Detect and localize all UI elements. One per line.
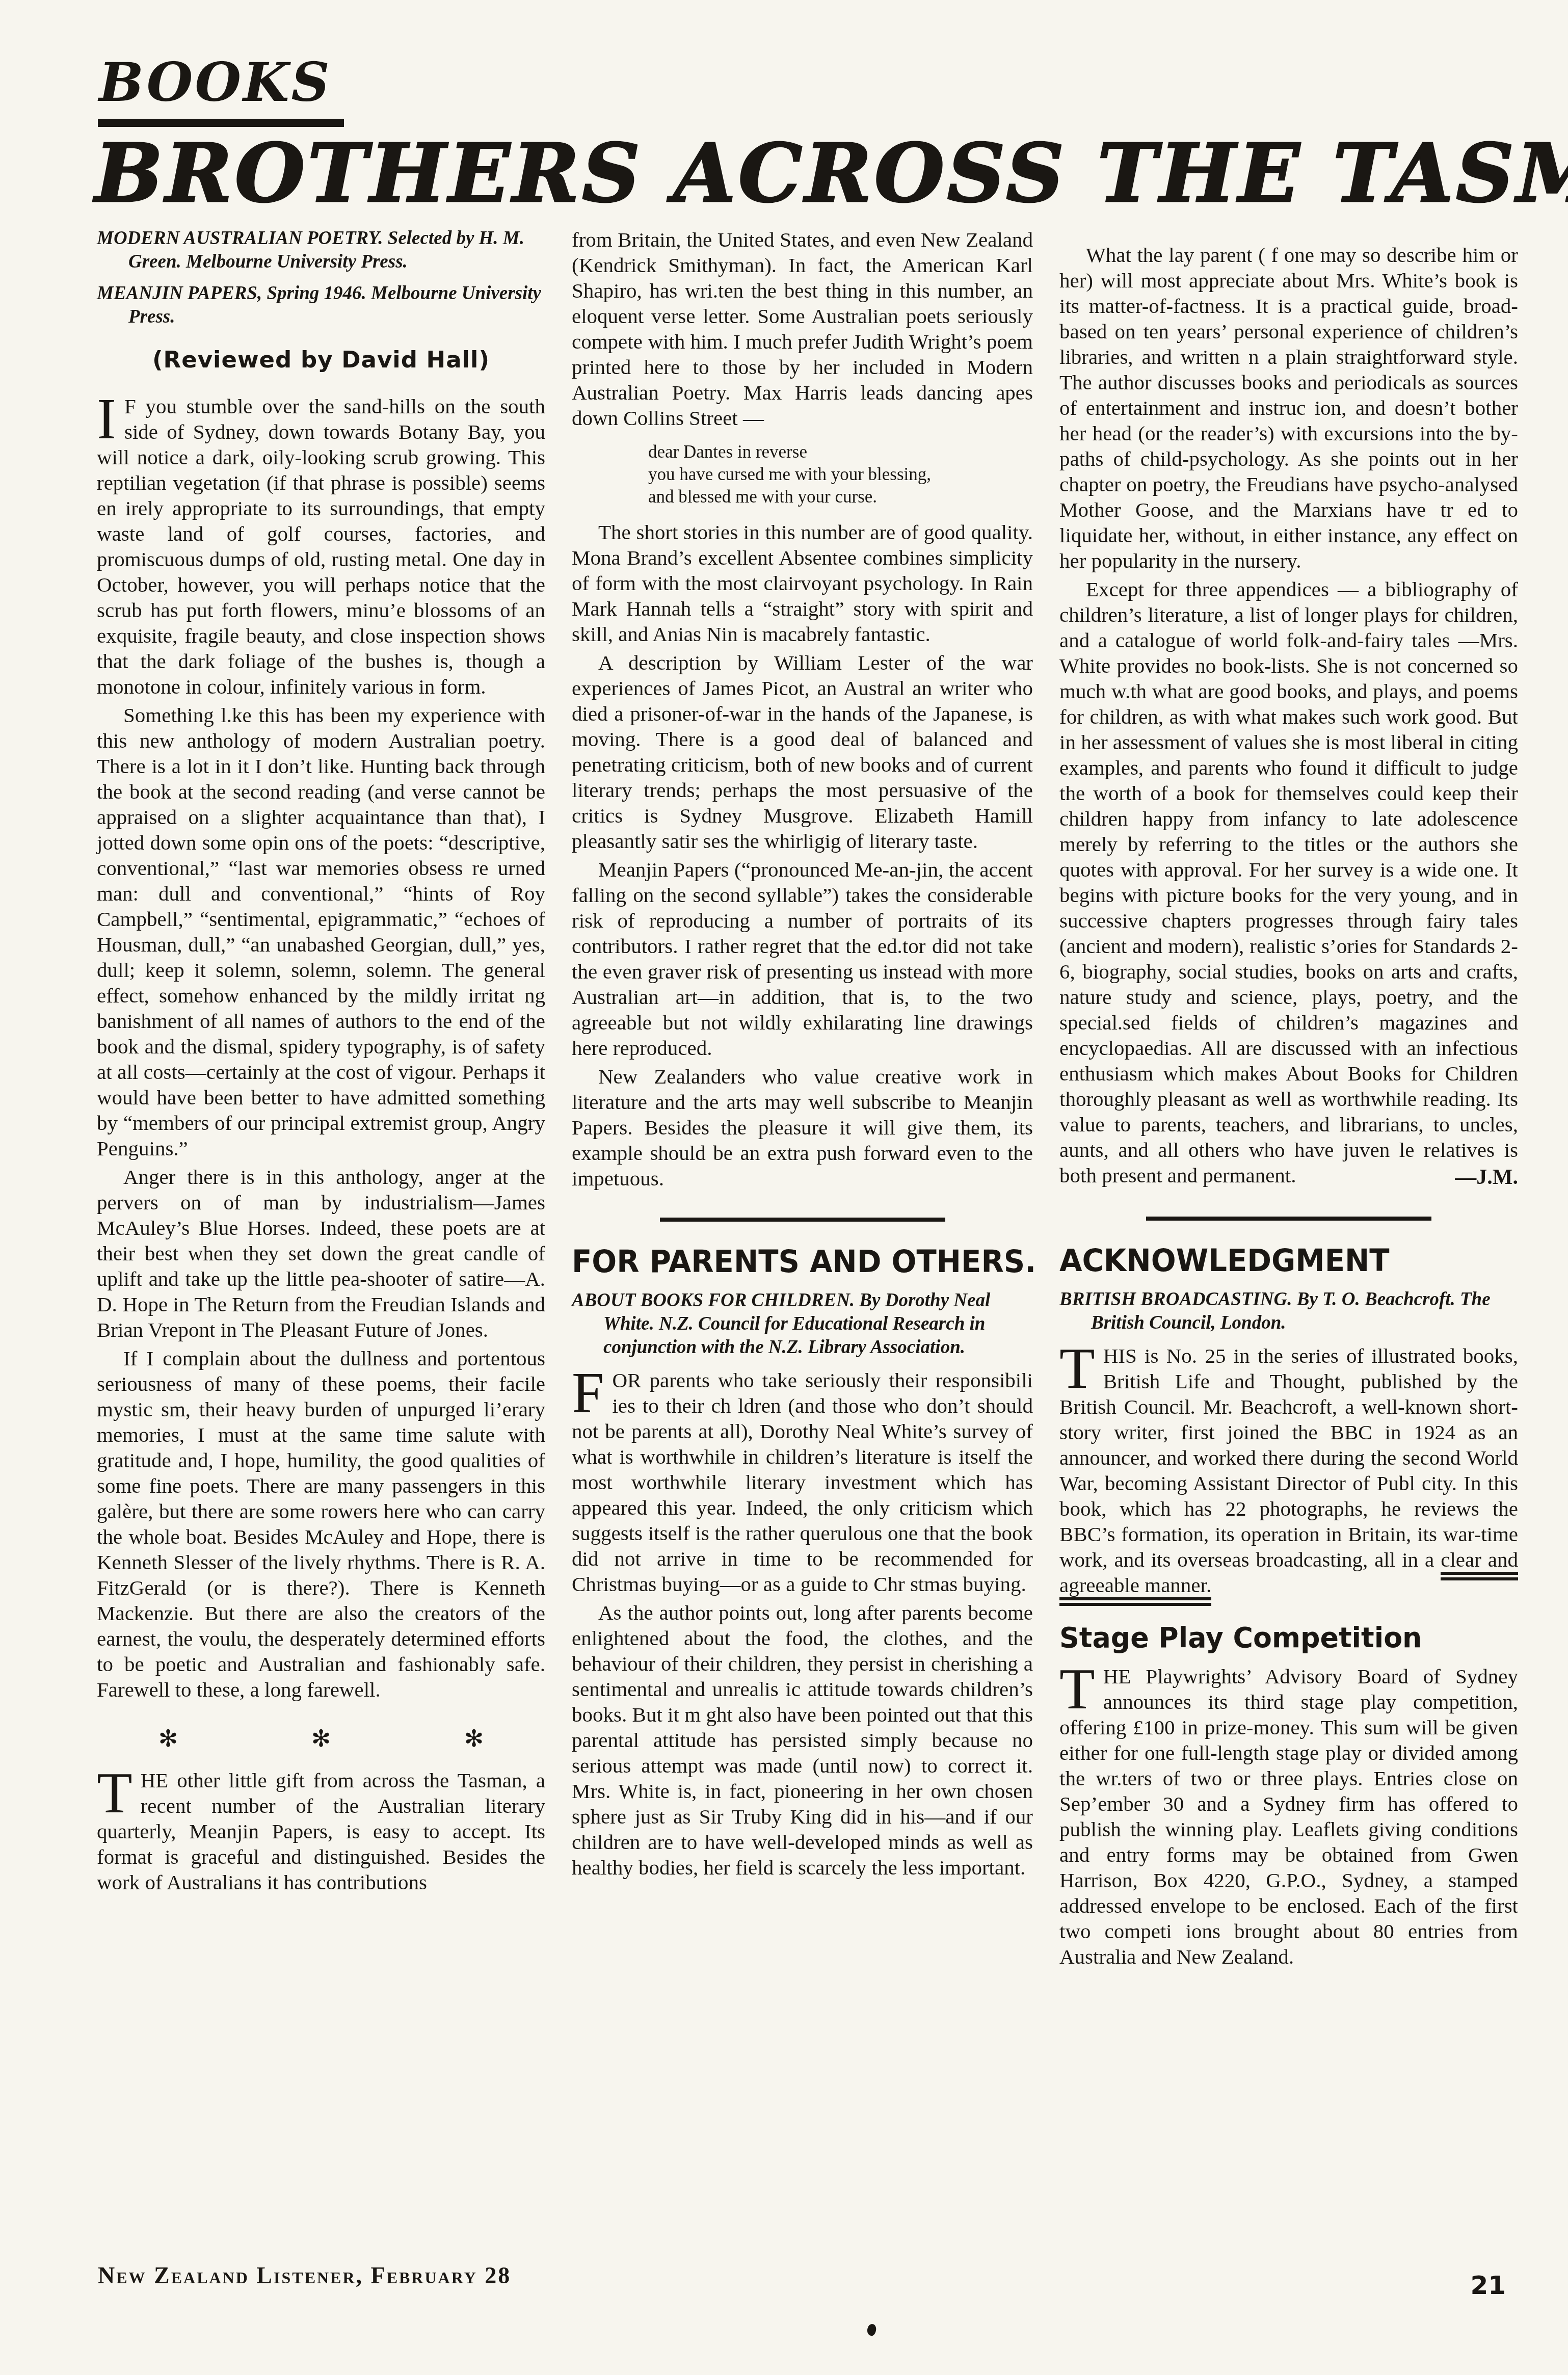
paragraph: IF you stumble over the sand-hills on th… bbox=[97, 393, 545, 699]
column-layout: MODERN AUSTRALIAN POETRY. Selected by H.… bbox=[97, 227, 1519, 1969]
column-2: from Britain, the United States, and eve… bbox=[572, 227, 1033, 1880]
paragraph: Meanjin Papers (“pronounced Me-an-jin, t… bbox=[572, 857, 1033, 1061]
section-label: BOOKS bbox=[98, 51, 344, 127]
asterisk-separator: ✻ ✻ ✻ bbox=[97, 1725, 545, 1752]
poem-line: and blessed me with your curse. bbox=[648, 486, 1033, 508]
paragraph: What the lay parent ( f one may so descr… bbox=[1059, 242, 1518, 573]
paragraph-text: Except for three appendices — a bibliogr… bbox=[1059, 577, 1518, 1187]
paragraph: New Zealanders who value creative work i… bbox=[572, 1064, 1033, 1191]
section-divider-rule bbox=[1146, 1217, 1431, 1221]
paragraph: A description by William Lester of the w… bbox=[572, 650, 1033, 854]
poem-line: you have cursed me with your blessing, bbox=[648, 463, 1033, 486]
ink-speck bbox=[866, 2323, 877, 2336]
column-1: MODERN AUSTRALIAN POETRY. Selected by H.… bbox=[97, 227, 545, 1895]
paragraph: Except for three appendices — a bibliogr… bbox=[1059, 576, 1518, 1190]
footer-publication-date: New Zealand Listener, February 28 bbox=[98, 2262, 511, 2289]
page-title: BROTHERS ACROSS THE TASMAN bbox=[95, 126, 1527, 221]
paragraph: The short stories in this number are of … bbox=[572, 519, 1033, 647]
paragraph: THIS is No. 25 in the series of illustra… bbox=[1059, 1343, 1518, 1598]
magazine-page: BOOKS BROTHERS ACROSS THE TASMAN MODERN … bbox=[0, 0, 1568, 2375]
drop-cap: T bbox=[1059, 1343, 1103, 1391]
page-number: 21 bbox=[1470, 2271, 1506, 2300]
review-byline: (Reviewed by David Hall) bbox=[97, 346, 545, 373]
drop-cap: T bbox=[97, 1767, 141, 1815]
book-citation-meanjin-papers: MEANJIN PAPERS, Spring 1946. Melbourne U… bbox=[97, 282, 545, 329]
paragraph-text: OR parents who take seriously their resp… bbox=[572, 1368, 1033, 1596]
drop-cap: F bbox=[572, 1367, 612, 1415]
paragraph: THE Playwrights’ Advisory Board of Sydne… bbox=[1059, 1664, 1518, 1969]
book-citation-modern-australian-poetry: MODERN AUSTRALIAN POETRY. Selected by H.… bbox=[97, 227, 545, 274]
paragraph: Anger there is in this anthology, anger … bbox=[97, 1164, 545, 1342]
paragraph-text: HE other little gift from across the Tas… bbox=[97, 1769, 545, 1894]
column-3: What the lay parent ( f one may so descr… bbox=[1059, 227, 1518, 1969]
paragraph: If I complain about the dullness and por… bbox=[97, 1345, 545, 1702]
drop-cap: I bbox=[97, 393, 124, 441]
paragraph-text: HIS is No. 25 in the series of illustrat… bbox=[1059, 1344, 1518, 1571]
book-citation-about-books-for-children: ABOUT BOOKS FOR CHILDREN. By Dorothy Nea… bbox=[572, 1289, 1033, 1359]
article-heading-stage-play-competition: Stage Play Competition bbox=[1059, 1621, 1500, 1654]
paragraph: FOR parents who take seriously their res… bbox=[572, 1367, 1033, 1597]
paragraph: As the author points out, long after par… bbox=[572, 1600, 1033, 1880]
article-heading-for-parents: FOR PARENTS AND OTHERS. bbox=[572, 1244, 1015, 1280]
poem-quote: dear Dantes in reverse you have cursed m… bbox=[648, 441, 1033, 508]
paragraph-text: F you stumble over the sand-hills on the… bbox=[97, 394, 545, 698]
paragraph-text: HE Playwrights’ Advisory Board of Sydney… bbox=[1059, 1665, 1518, 1968]
paragraph: THE other little gift from across the Ta… bbox=[97, 1767, 545, 1895]
poem-line: dear Dantes in reverse bbox=[648, 441, 1033, 463]
paragraph: from Britain, the United States, and eve… bbox=[572, 227, 1033, 431]
drop-cap: T bbox=[1059, 1664, 1103, 1711]
section-divider-rule bbox=[660, 1218, 945, 1222]
paragraph: Something l.ke this has been my experien… bbox=[97, 702, 545, 1161]
book-citation-british-broadcasting: BRITISH BROADCASTING. By T. O. Beachcrof… bbox=[1059, 1288, 1518, 1335]
reviewer-signature: —J.M. bbox=[1428, 1163, 1518, 1190]
article-heading-acknowledgment: ACKNOWLEDGMENT bbox=[1059, 1243, 1500, 1279]
